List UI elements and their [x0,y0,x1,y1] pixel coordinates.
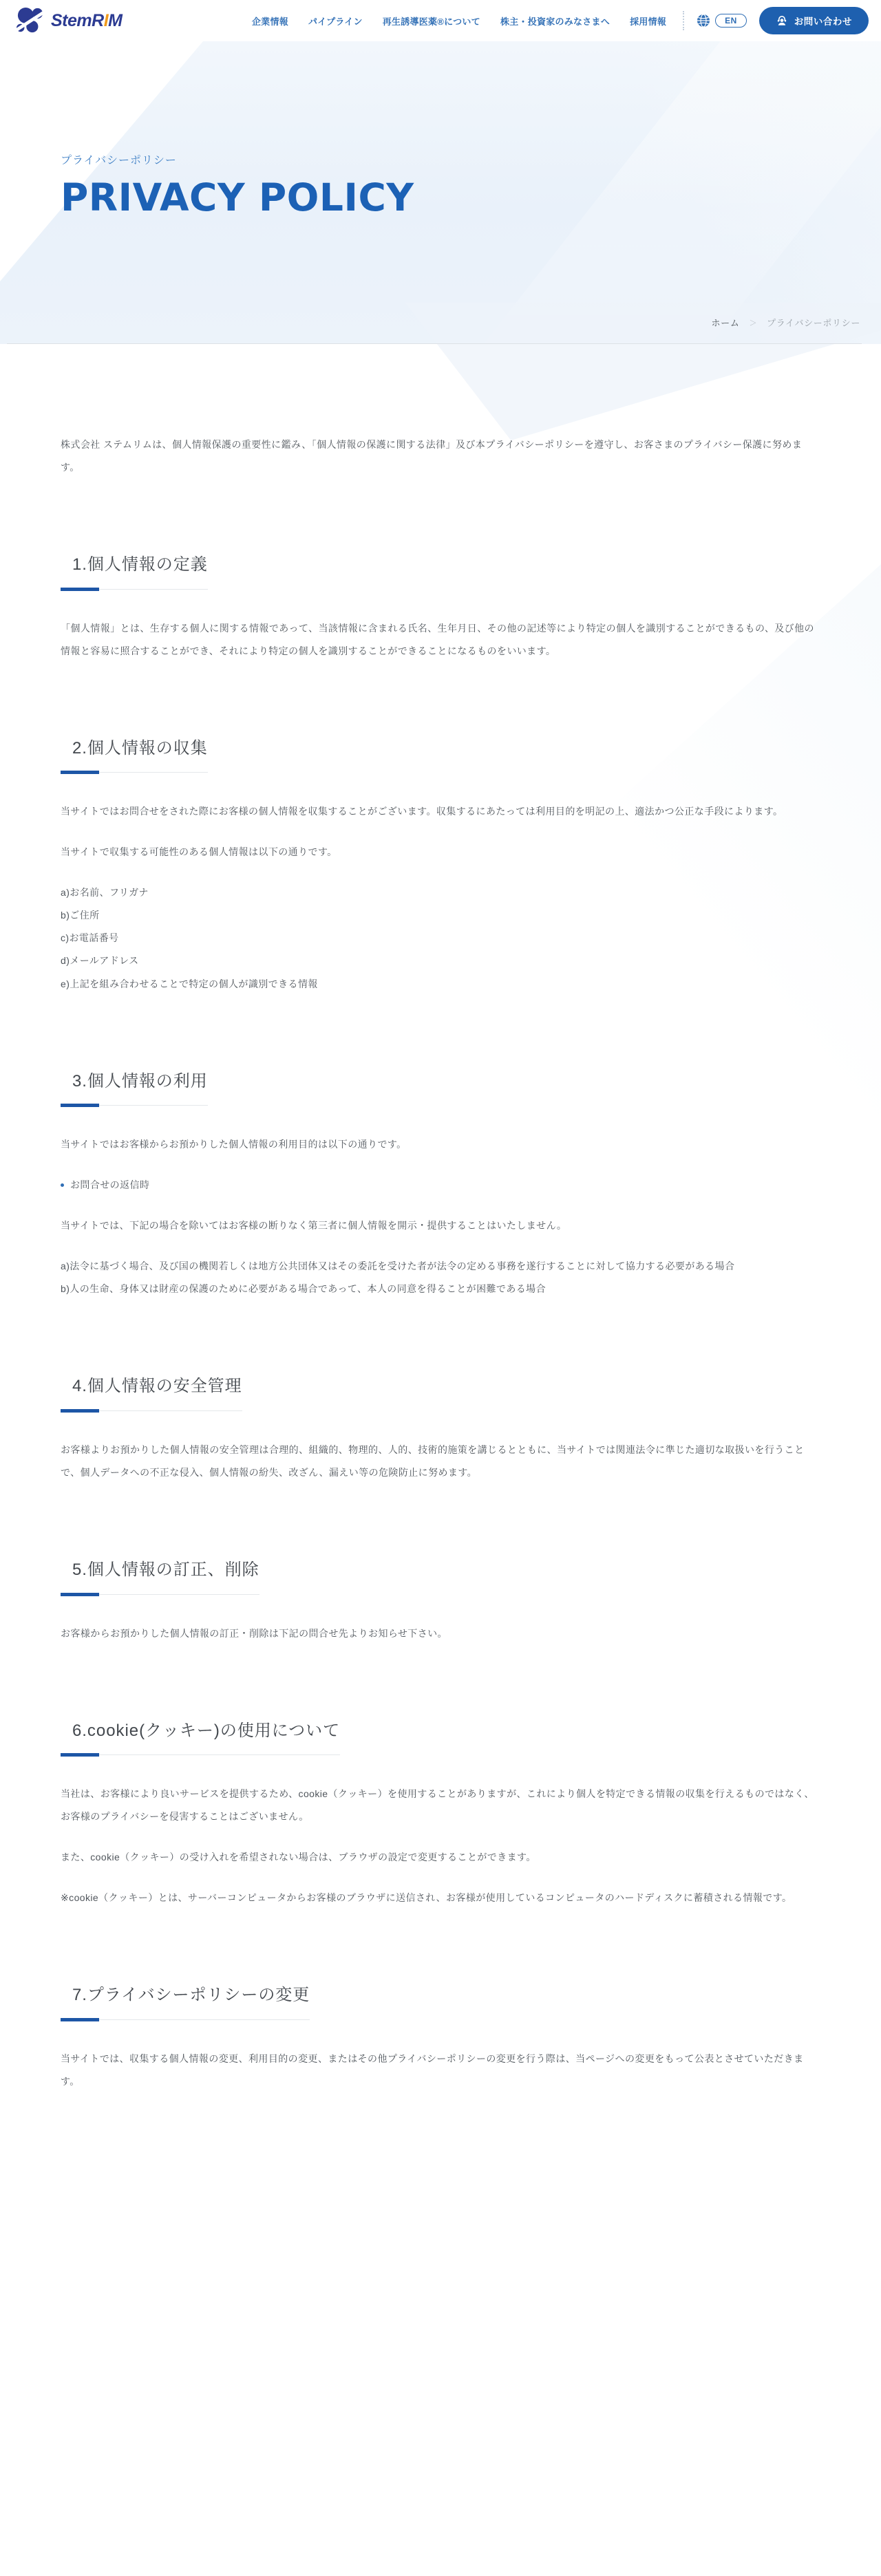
nav-regenerative-medicine[interactable]: 再生誘導医薬®について [383,14,480,28]
breadcrumb-separator-icon: ＞ [749,317,757,328]
section-paragraph: 当サイトで収集する可能性のある個人情報は以下の通りです。 [61,841,820,863]
stemrim-wordmark: StemRIM [51,11,122,31]
section-paragraph: 当サイトでは、収集する個人情報の変更、利用目的の変更、またはその他プライバシーポ… [61,2048,820,2093]
section-title: 4.個人情報の安全管理 [61,1375,242,1398]
list-item: e)上記を組み合わせることで特定の個人が識別できる情報 [61,973,820,996]
nav-divider [683,11,684,30]
policy-content: 株式会社 ステムリムは、個人情報保護の重要性に鑑み、「個人情報の保護に関する法律… [0,344,881,2093]
section-body: 当サイトではお問合せをされた際にお客様の個人情報を収集することがございます。収集… [61,800,820,995]
policy-section-4: 4.個人情報の安全管理お客様よりお預かりした個人情報の安全管理は合理的、組織的、… [61,1375,820,1484]
section-title: 7.プライバシーポリシーの変更 [61,1984,310,2007]
hero-text: プライバシーポリシー PRIVACY POLICY [0,41,881,219]
section-paragraph: お客様からお預かりした個人情報の訂正・削除は下記の問合せ先よりお知らせ下さい。 [61,1622,820,1645]
breadcrumb-current: プライバシーポリシー [767,316,860,329]
section-paragraph: 当サイトではお客様からお預かりした個人情報の利用目的は以下の通りです。 [61,1133,820,1156]
section-accent-rule [61,588,208,591]
bullet-item-label: お問合せの返信時 [70,1174,149,1196]
section-accent-rule [61,1593,259,1596]
contact-button[interactable]: お問い合わせ [759,7,869,34]
section-heading-wrap: 1.個人情報の定義 [61,553,208,591]
section-paragraph: ※cookie（クッキー）とは、サーバーコンピュータからお客様のブラウザに送信さ… [61,1887,820,1909]
main-nav: 企業情報 パイプライン 再生誘導医薬®について 株主・投資家のみなさまへ 採用情… [252,14,666,28]
nav-recruit[interactable]: 採用情報 [630,14,666,28]
hero: プライバシーポリシー PRIVACY POLICY ホーム ＞ プライバシーポリ… [0,41,881,344]
site-header: StemRIM 企業情報 パイプライン 再生誘導医薬®について 株主・投資家のみ… [0,0,881,41]
section-heading-wrap: 4.個人情報の安全管理 [61,1375,242,1413]
hero-divider [7,343,862,344]
page: StemRIM 企業情報 パイプライン 再生誘導医薬®について 株主・投資家のみ… [0,0,881,2576]
page-subtitle: プライバシーポリシー [61,151,881,167]
section-title: 6.cookie(クッキー)の使用について [61,1719,340,1743]
sections: 1.個人情報の定義「個人情報」とは、生存する個人に関する情報であって、当該情報に… [61,553,820,2093]
section-body: 当サイトでは、収集する個人情報の変更、利用目的の変更、またはその他プライバシーポ… [61,2048,820,2093]
stemrim-logo-icon [15,7,45,34]
section-paragraph: 当社は、お客様により良いサービスを提供するため、cookie（クッキー）を使用す… [61,1783,820,1828]
policy-section-3: 3.個人情報の利用当サイトではお客様からお預かりした個人情報の利用目的は以下の通… [61,1070,820,1301]
section-accent-rule [61,771,208,774]
plain-list: a)お名前、フリガナb)ご住所c)お電話番号d)メールアドレスe)上記を組み合わ… [61,881,820,995]
list-item: b)人の生命、身体又は財産の保護のために必要がある場合であって、本人の同意を得る… [61,1278,820,1300]
section-paragraph: 「個人情報」とは、生存する個人に関する情報であって、当該情報に含まれる氏名、生年… [61,617,820,663]
section-body: 当サイトではお客様からお預かりした個人情報の利用目的は以下の通りです。お問合せの… [61,1133,820,1300]
nav-investors[interactable]: 株主・投資家のみなさまへ [500,14,610,28]
section-heading-wrap: 6.cookie(クッキー)の使用について [61,1719,340,1757]
section-paragraph: 当サイトではお問合せをされた際にお客様の個人情報を収集することがございます。収集… [61,800,820,823]
policy-section-2: 2.個人情報の収集当サイトではお問合せをされた際にお客様の個人情報を収集すること… [61,737,820,996]
policy-section-1: 1.個人情報の定義「個人情報」とは、生存する個人に関する情報であって、当該情報に… [61,553,820,663]
section-accent-rule [61,1104,208,1107]
section-paragraph: 当サイトでは、下記の場合を除いてはお客様の断りなく第三者に個人情報を開示・提供す… [61,1214,820,1237]
language-switch: EN [697,14,747,28]
breadcrumb-home-link[interactable]: ホーム [712,316,740,329]
section-title: 2.個人情報の収集 [61,737,208,760]
section-accent-rule [61,1753,340,1757]
section-title: 1.個人情報の定義 [61,553,208,577]
headset-icon [776,14,788,27]
bullet-item: お問合せの返信時 [61,1174,820,1196]
bullet-dot-icon [61,1183,64,1187]
section-title: 5.個人情報の訂正、削除 [61,1558,259,1582]
list-item: d)メールアドレス [61,949,820,972]
intro-paragraph: 株式会社 ステムリムは、個人情報保護の重要性に鑑み、「個人情報の保護に関する法律… [61,433,820,479]
section-heading-wrap: 2.個人情報の収集 [61,737,208,775]
globe-icon[interactable] [697,14,710,28]
list-item: a)お名前、フリガナ [61,881,820,904]
list-item: b)ご住所 [61,904,820,927]
contact-button-label: お問い合わせ [794,14,852,28]
nav-pipeline[interactable]: パイプライン [308,14,363,28]
policy-section-5: 5.個人情報の訂正、削除お客様からお預かりした個人情報の訂正・削除は下記の問合せ… [61,1558,820,1645]
section-heading-wrap: 5.個人情報の訂正、削除 [61,1558,259,1596]
section-body: お客様よりお預かりした個人情報の安全管理は合理的、組織的、物理的、人的、技術的施… [61,1439,820,1484]
nav-corporate[interactable]: 企業情報 [252,14,288,28]
section-body: 当社は、お客様により良いサービスを提供するため、cookie（クッキー）を使用す… [61,1783,820,1909]
section-body: お客様からお預かりした個人情報の訂正・削除は下記の問合せ先よりお知らせ下さい。 [61,1622,820,1645]
policy-section-7: 7.プライバシーポリシーの変更当サイトでは、収集する個人情報の変更、利用目的の変… [61,1984,820,2093]
list-item: c)お電話番号 [61,927,820,949]
section-paragraph: また、cookie（クッキー）の受け入れを希望されない場合は、ブラウザの設定で変… [61,1846,820,1869]
lang-en-button[interactable]: EN [715,14,747,28]
section-paragraph: お客様よりお預かりした個人情報の安全管理は合理的、組織的、物理的、人的、技術的施… [61,1439,820,1484]
section-heading-wrap: 3.個人情報の利用 [61,1070,208,1108]
section-heading-wrap: 7.プライバシーポリシーの変更 [61,1984,310,2021]
stemrim-logo[interactable]: StemRIM [15,7,122,34]
section-body: 「個人情報」とは、生存する個人に関する情報であって、当該情報に含まれる氏名、生年… [61,617,820,663]
breadcrumb: ホーム ＞ プライバシーポリシー [712,316,860,329]
section-title: 3.個人情報の利用 [61,1070,208,1093]
policy-section-6: 6.cookie(クッキー)の使用について当社は、お客様により良いサービスを提供… [61,1719,820,1910]
section-accent-rule [61,2018,310,2021]
plain-list: a)法令に基づく場合、及び国の機関若しくは地方公共団体又はその委託を受けた者が法… [61,1255,820,1300]
page-title: PRIVACY POLICY [61,177,881,219]
section-accent-rule [61,1409,242,1413]
list-item: a)法令に基づく場合、及び国の機関若しくは地方公共団体又はその委託を受けた者が法… [61,1255,820,1278]
